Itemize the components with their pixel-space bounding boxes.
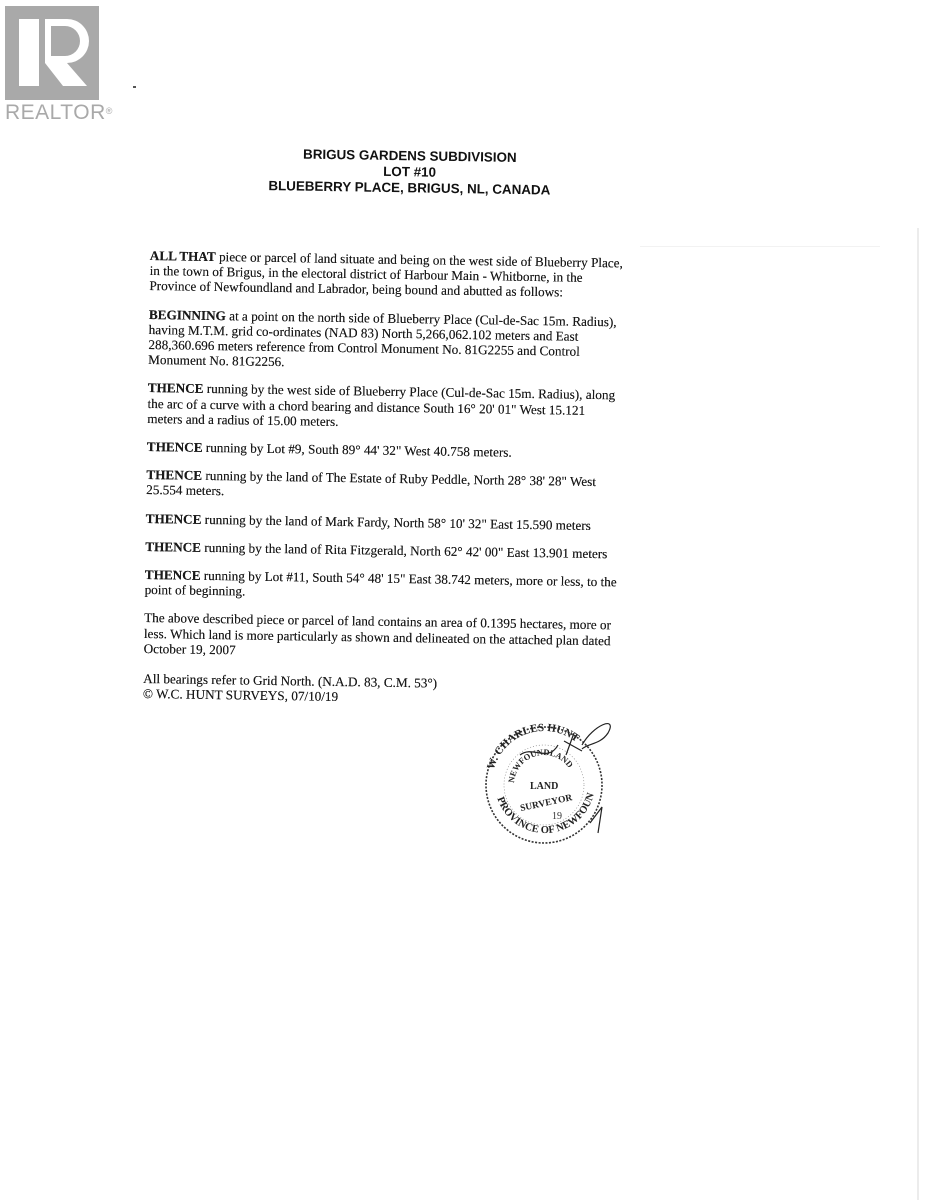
paragraph-thence-4: THENCE running by the land of Mark Fardy… <box>146 511 622 534</box>
scan-edge-line <box>917 228 919 1200</box>
paragraph-thence-1: THENCE running by the west side of Blueb… <box>147 380 624 433</box>
paragraph-area: The above described piece or parcel of l… <box>144 610 621 663</box>
seal-number: 19 <box>552 811 562 822</box>
realtor-wordmark: REALTOR® <box>5 102 105 124</box>
scan-artifact-line <box>640 246 880 247</box>
seal-inner-bottom: SURVEYOR <box>519 793 573 814</box>
realtor-r-icon <box>5 6 99 100</box>
paragraph-thence-3: THENCE running by the land of The Estate… <box>146 467 622 505</box>
svg-text:NEWFOUNDLAND: NEWFOUNDLAND <box>506 747 575 784</box>
paragraph-thence-5: THENCE running by the land of Rita Fitzg… <box>145 539 621 562</box>
realtor-watermark: REALTOR® <box>5 6 105 124</box>
document-footer: All bearings refer to Grid North. (N.A.D… <box>143 671 619 708</box>
document-heading: BRIGUS GARDENS SUBDIVISION LOT #10 BLUEB… <box>199 145 620 200</box>
scan-speck <box>133 86 136 88</box>
surveyor-seal: W. CHARLES HUNT PROVINCE OF NEWFOUNDLAND… <box>478 715 628 845</box>
paragraph-thence-6: THENCE running by Lot #11, South 54° 48'… <box>145 567 621 605</box>
paragraph-thence-2: THENCE running by Lot #9, South 89° 44' … <box>147 439 623 462</box>
paragraph-all-that: ALL THAT piece or parcel of land situate… <box>149 248 626 301</box>
legal-description: ALL THAT piece or parcel of land situate… <box>143 248 626 708</box>
document-page: REALTOR® BRIGUS GARDENS SUBDIVISION LOT … <box>0 0 928 1200</box>
paragraph-beginning: BEGINNING at a point on the north side o… <box>148 307 625 375</box>
seal-inner-top: NEWFOUNDLAND <box>506 747 575 784</box>
seal-center: LAND <box>530 781 558 792</box>
signature-icon <box>520 724 610 833</box>
